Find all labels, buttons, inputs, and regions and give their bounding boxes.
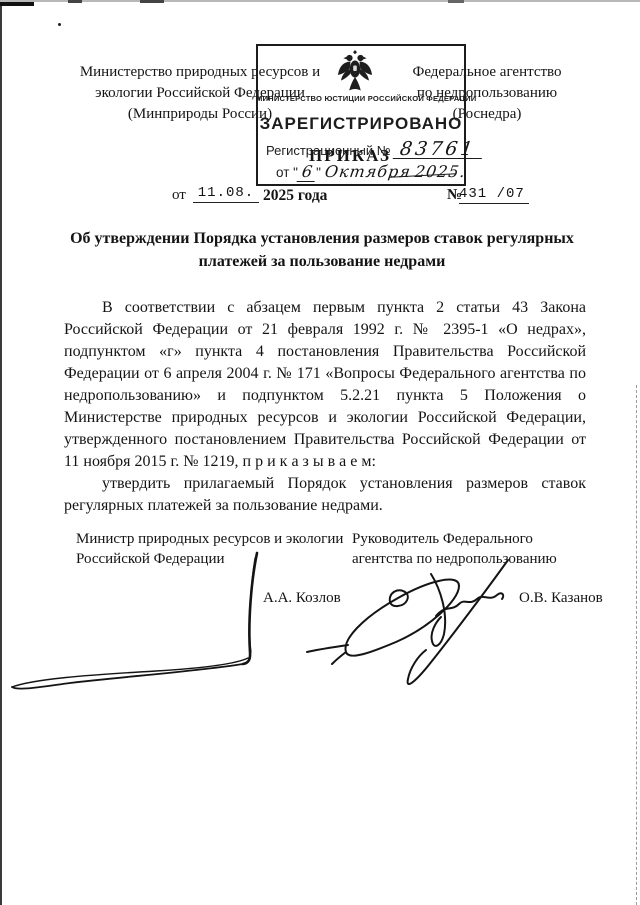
order-date-prefix: от <box>172 187 186 204</box>
order-body: В соответствии с абзацем первым пункта 2… <box>64 297 586 517</box>
handwritten-signatures <box>0 540 640 730</box>
scan-top-mark <box>140 0 164 3</box>
stamp-date-month-handwritten: Октября <box>323 162 412 181</box>
stamp-date-prefix: от " <box>276 165 298 180</box>
order-date-value: 11.08. <box>193 185 259 203</box>
stamp-reg-number-handwritten: 83761 <box>393 141 485 159</box>
order-number-value: 431 /07 <box>459 186 529 204</box>
scanned-order-document: Министерство природных ресурсов и эколог… <box>0 0 640 905</box>
order-paragraph: В соответствии с абзацем первым пункта 2… <box>64 297 586 473</box>
scan-left-edge-line <box>0 6 2 905</box>
pen-dash <box>307 645 348 652</box>
kozlov-signature <box>12 553 257 689</box>
scan-top-mark <box>448 0 464 3</box>
scan-speck <box>58 23 61 26</box>
stamp-reg-label: Регистрационный № <box>266 143 391 158</box>
scan-top-edge <box>0 0 640 2</box>
stamp-date-year-handwritten: 2025. <box>413 162 466 181</box>
kazanov-signature <box>332 560 508 684</box>
scan-top-corner-mark <box>0 2 34 6</box>
stamp-authority-text: МИНИСТЕРСТВО ЮСТИЦИИ РОССИЙСКОЙ ФЕДЕРАЦИ… <box>256 94 464 103</box>
scan-top-mark <box>68 0 82 3</box>
order-title: Об утверждении Порядка установления разм… <box>58 227 586 273</box>
stamp-registration-line: Регистрационный № 83761 <box>266 141 484 159</box>
justice-registration-stamp: МИНИСТЕРСТВО ЮСТИЦИИ РОССИЙСКОЙ ФЕДЕРАЦИ… <box>256 44 466 186</box>
order-date-number-line: от 11.08. 2025 года № 431 /07 <box>0 187 640 209</box>
stamp-date-line: от "6" Октября 2025. <box>276 162 465 182</box>
order-paragraph: утвердить прилагаемый Порядок установлен… <box>64 473 586 517</box>
stamp-registered-text: ЗАРЕГИСТРИРОВАНО <box>258 114 464 134</box>
order-date-suffix: 2025 года <box>263 187 327 205</box>
stamp-date-day-handwritten: 6 <box>297 162 318 182</box>
